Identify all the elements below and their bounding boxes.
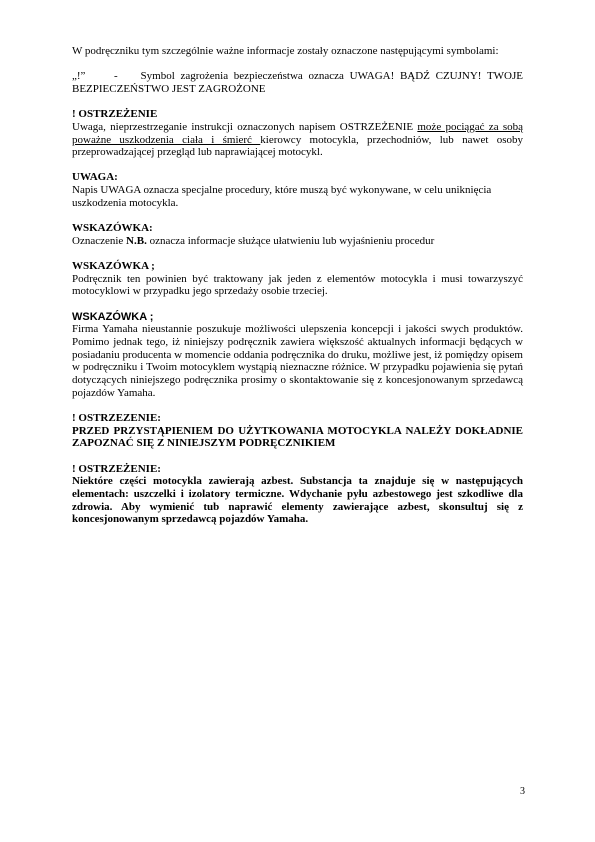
caution-section: UWAGA: Napis UWAGA oznacza specjalne pro… [72, 171, 523, 209]
caution-heading: UWAGA: [72, 171, 523, 184]
caution-text: Napis UWAGA oznacza specjalne procedury,… [72, 184, 512, 209]
warning-heading-1: ! OSTRZEŻENIE [72, 108, 523, 121]
tip-text-3: Firma Yamaha nieustannie poszukuje możli… [72, 323, 523, 399]
tip-text-1-part-a: Oznaczenie [72, 235, 126, 247]
tip-text-2: Podręcznik ten powinien być traktowany j… [72, 273, 523, 298]
symbol-description: Symbol zagrożenia bezpieczeństwa oznacza… [72, 70, 523, 95]
tip-heading-1: WSKAZÓWKA: [72, 222, 523, 235]
symbol-explanation: „!” - Symbol zagrożenia bezpieczeństwa o… [72, 70, 523, 95]
warning-text-3: Niektóre części motocykla zawierają azbe… [72, 475, 523, 526]
warning-heading-3: ! OSTRZEŻENIE: [72, 463, 523, 476]
tip-section-2: WSKAZÓWKA ; Podręcznik ten powinien być … [72, 260, 523, 298]
symbol-dash: - [114, 70, 118, 82]
warning-text-1-part-a: Uwaga, nieprzestrzeganie instrukcji ozna… [72, 121, 417, 133]
warning-symbol: „!” [72, 70, 85, 82]
intro-section: W podręczniku tym szczególnie ważne info… [72, 45, 523, 58]
document-page: W podręczniku tym szczególnie ważne info… [72, 45, 523, 539]
intro-text: W podręczniku tym szczególnie ważne info… [72, 45, 523, 58]
tip-section-3: WSKAZÓWKA ; Firma Yamaha nieustannie pos… [72, 311, 523, 400]
tip-heading-2: WSKAZÓWKA ; [72, 260, 523, 273]
page-number: 3 [515, 786, 525, 799]
tip-heading-3: WSKAZÓWKA ; [72, 311, 523, 324]
nb-marker: N.B. [126, 235, 147, 247]
tip-text-1: Oznaczenie N.B. oznacza informacje służą… [72, 235, 523, 248]
warning-text-1: Uwaga, nieprzestrzeganie instrukcji ozna… [72, 121, 523, 159]
warning-section-3: ! OSTRZEŻENIE: Niektóre części motocykla… [72, 463, 523, 527]
warning-section-2: ! OSTRZEZENIE: PRZED PRZYSTĄPIENIEM DO U… [72, 412, 523, 450]
warning-heading-2: ! OSTRZEZENIE: [72, 412, 523, 425]
warning-section-1: ! OSTRZEŻENIE Uwaga, nieprzestrzeganie i… [72, 108, 523, 159]
tip-section-1: WSKAZÓWKA: Oznaczenie N.B. oznacza infor… [72, 222, 523, 247]
tip-text-1-part-b: oznacza informacje służące ułatwieniu lu… [147, 235, 434, 247]
symbol-line: „!” - Symbol zagrożenia bezpieczeństwa o… [72, 70, 523, 95]
warning-text-2: PRZED PRZYSTĄPIENIEM DO UŻYTKOWANIA MOTO… [72, 425, 523, 450]
